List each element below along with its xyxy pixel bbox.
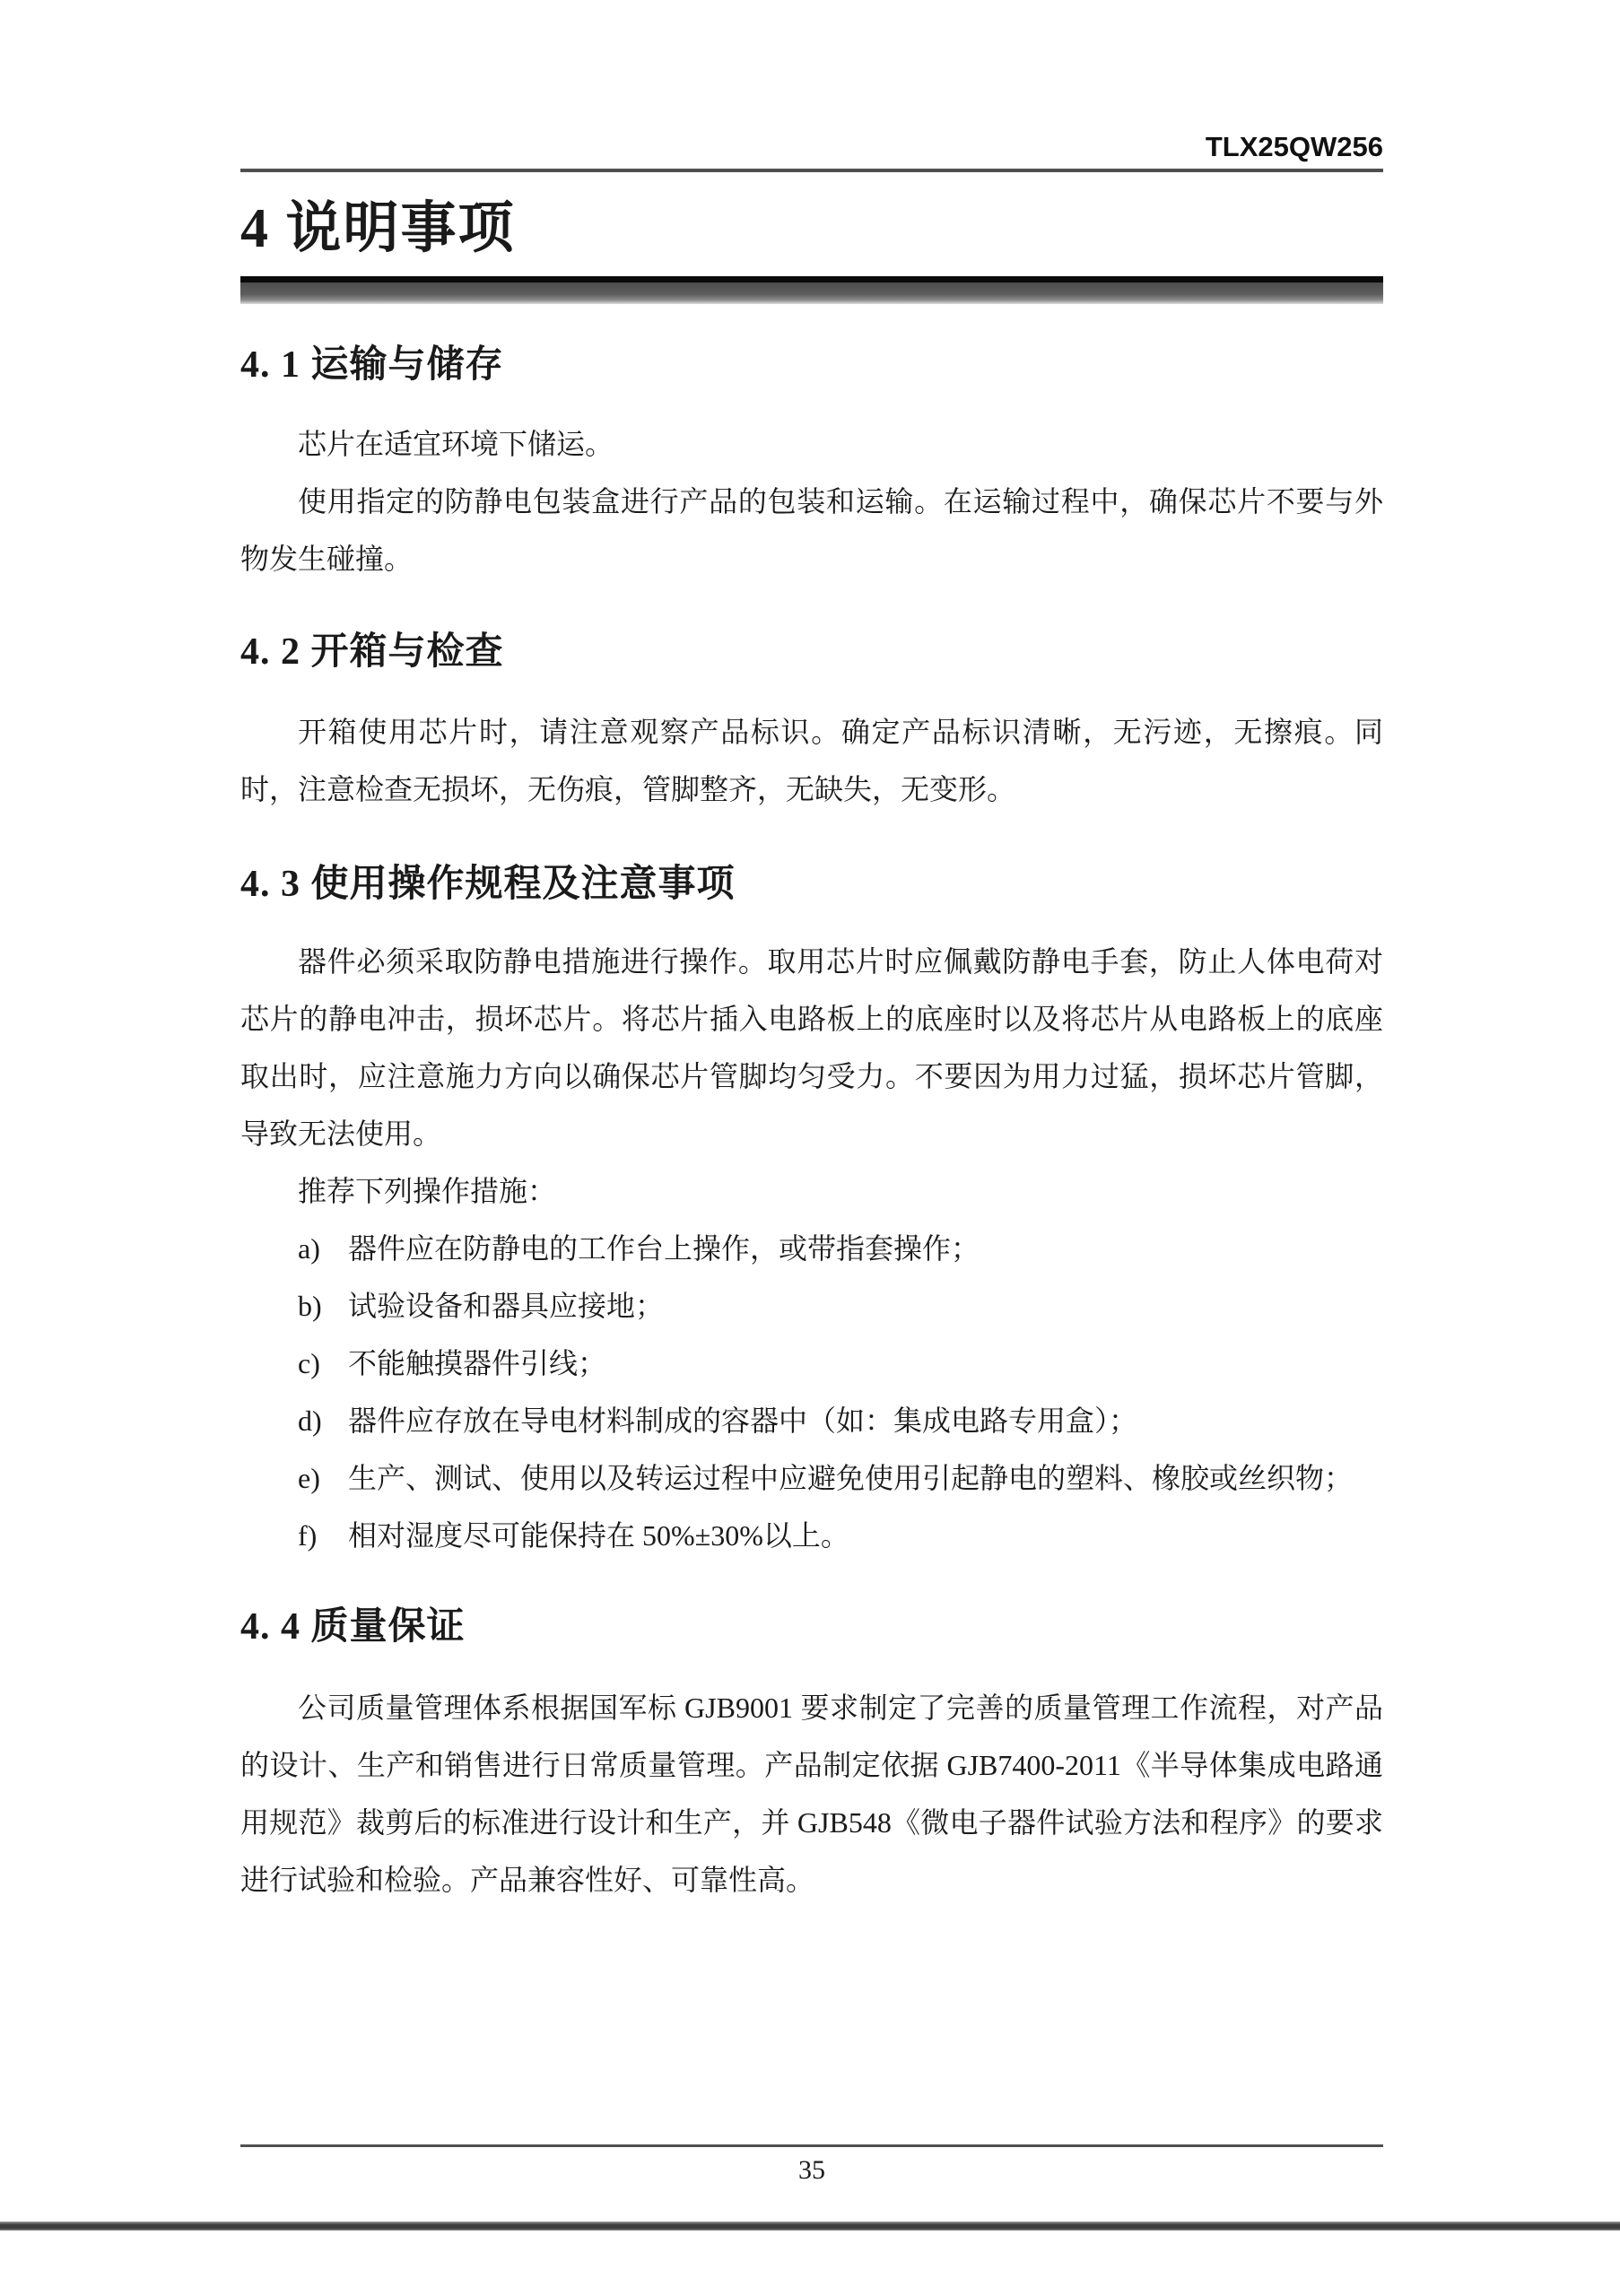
chapter-bar-gray-band [240,283,1383,304]
list-item-marker: b) [298,1277,332,1335]
paragraph: 公司质量管理体系根据国军标 GJB9001 要求制定了完善的质量管理工作流程，对… [240,1679,1383,1909]
header-rule [240,169,1383,172]
page-content: TLX25QW256 4 说明事项 4. 1 运输与储存 芯片在适宜环境下储运。… [240,0,1383,1909]
list-item-marker: f) [298,1507,332,1564]
list-item-text: 试验设备和器具应接地； [348,1290,664,1322]
list-item-text: 器件应在防静电的工作台上操作，或带指套操作； [348,1232,980,1265]
list-item: e)生产、测试、使用以及转运过程中应避免使用引起静电的塑料、橡胶或丝织物； [298,1449,1383,1507]
list-item-marker: a) [298,1220,332,1277]
list-item-marker: d) [298,1392,332,1449]
list-item: b)试验设备和器具应接地； [298,1277,1383,1335]
chapter-bar-black-line [240,276,1383,283]
list-item: d)器件应存放在导电材料制成的容器中（如：集成电路专用盒）； [298,1392,1383,1449]
measure-list: a)器件应在防静电的工作台上操作，或带指套操作； b)试验设备和器具应接地； c… [240,1220,1383,1564]
list-item: a)器件应在防静电的工作台上操作，或带指套操作； [298,1220,1383,1277]
section-heading-4-2: 4. 2 开箱与检查 [240,631,1383,674]
footer-rule [240,2144,1383,2147]
paragraph: 芯片在适宜环境下储运。 [240,415,1383,473]
chapter-title-bar [240,276,1383,304]
page-number: 35 [240,2152,1383,2188]
list-item-text: 不能触摸器件引线； [348,1347,606,1379]
document-page: TLX25QW256 4 说明事项 4. 1 运输与储存 芯片在适宜环境下储运。… [0,0,1620,2296]
paragraph: 推荐下列操作措施： [240,1162,1383,1220]
chapter-title: 4 说明事项 [240,196,1383,262]
section-heading-4-3: 4. 3 使用操作规程及注意事项 [240,863,1383,906]
bottom-bar [0,2222,1620,2231]
section-heading-4-1: 4. 1 运输与储存 [240,344,1383,387]
list-item-marker: e) [298,1449,332,1507]
paragraph: 使用指定的防静电包装盒进行产品的包装和运输。在运输过程中，确保芯片不要与外物发生… [240,473,1383,587]
doc-code: TLX25QW256 [240,0,1383,163]
paragraph: 开箱使用芯片时，请注意观察产品标识。确定产品标识清晰，无污迹，无擦痕。同时，注意… [240,703,1383,818]
list-item-marker: c) [298,1335,332,1392]
list-item: f)相对湿度尽可能保持在 50%±30%以上。 [298,1507,1383,1564]
paragraph: 器件必须采取防静电措施进行操作。取用芯片时应佩戴防静电手套，防止人体电荷对芯片的… [240,933,1383,1162]
list-item-text: 器件应存放在导电材料制成的容器中（如：集成电路专用盒）； [348,1405,1137,1437]
section-heading-4-4: 4. 4 质量保证 [240,1605,1383,1648]
list-item-text: 相对湿度尽可能保持在 50%±30%以上。 [348,1519,849,1552]
list-item-text: 生产、测试、使用以及转运过程中应避免使用引起静电的塑料、橡胶或丝织物； [348,1462,1353,1494]
list-item: c)不能触摸器件引线； [298,1335,1383,1392]
